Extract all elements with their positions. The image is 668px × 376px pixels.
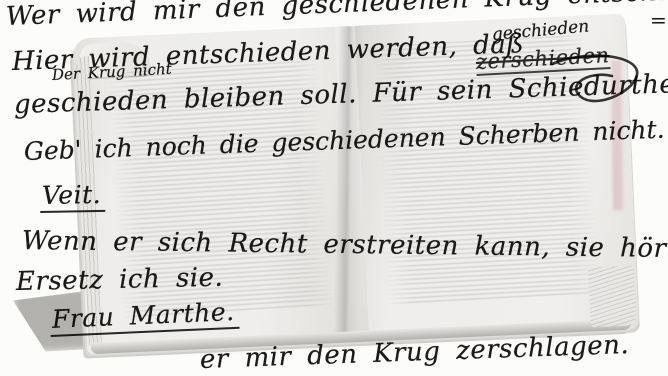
page-edge-stack-corner (588, 265, 637, 327)
line-break-hyphen: = (650, 8, 667, 32)
speaker-veit-label: Veit. (40, 180, 106, 213)
book-spine-gutter (334, 26, 364, 342)
manuscript-over-book-photo: Wer wird mir den geschiedenen Krug entsc… (0, 0, 668, 376)
speaker-name-veit: Veit. (40, 180, 106, 210)
manuscript-line-6: Ersetz ich sie. (16, 263, 224, 297)
